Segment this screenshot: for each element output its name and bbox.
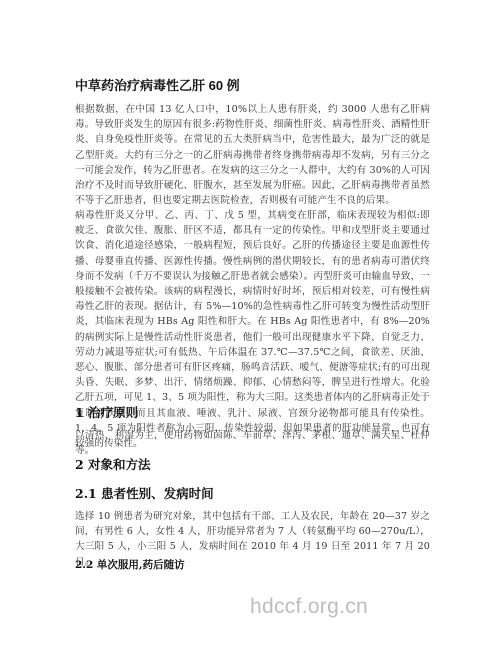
section-heading-patient-info: 2.1 患者性别、发病时间 — [75, 484, 214, 502]
section-heading-treatment-principle: 1 治疗原则 — [75, 403, 138, 421]
document-title: 中草药治疗病毒性乙肝 60 例 — [75, 75, 240, 94]
section-body-treatment-principle: 以清热、利湿为主，使用药物如茵陈、车前草、泽泻、茅根、通草、满天星、杜仲等。 — [75, 428, 430, 458]
intro-paragraph: 根据数据，在中国 13 亿人口中，10%以上人患有肝炎，约 3000 人患有乙肝… — [75, 102, 430, 208]
watermark: hdccf.org.cn — [250, 595, 368, 619]
section-heading-single-dose: 2.2 单次服用,药后随访 — [75, 557, 185, 572]
section-heading-subjects-methods: 2 对象和方法 — [75, 455, 151, 473]
